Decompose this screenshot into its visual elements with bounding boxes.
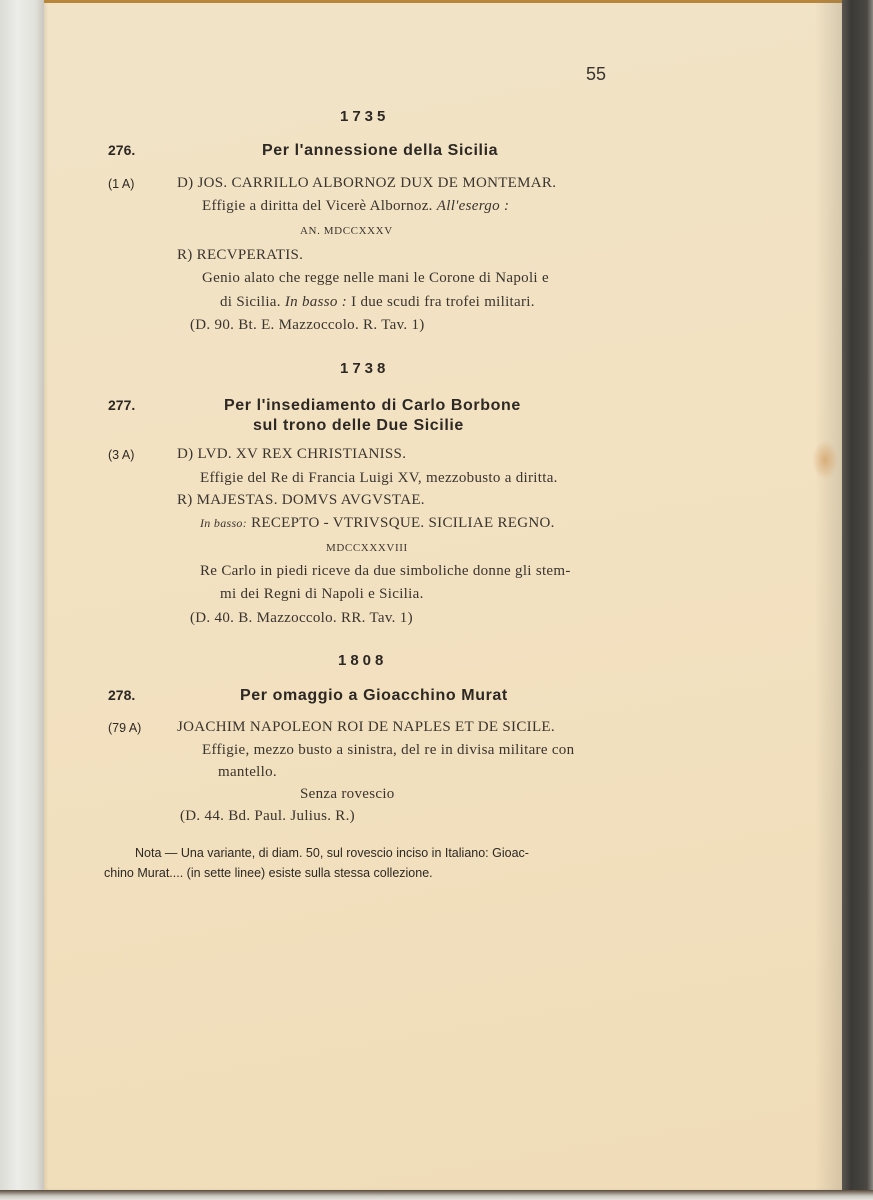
entry-number: 276. — [108, 142, 135, 158]
entry-title: Per l'annessione della Sicilia — [262, 142, 498, 160]
entry-year: 1808 — [338, 652, 387, 669]
reverse-legend: R) RECVPERATIS. — [177, 247, 303, 264]
entry-reference: (3 A) — [108, 448, 134, 462]
reverse-inscription-below: In basso: RECEPTO - VTRIVSQUE. SICILIAE … — [200, 515, 555, 532]
reverse-description: Re Carlo in piedi riceve da due simbolic… — [200, 563, 571, 580]
reverse-legend: R) MAJESTAS. DOMVS AVGVSTAE. — [177, 492, 425, 509]
foxing-stain — [812, 440, 838, 480]
entry-number: 278. — [108, 687, 135, 703]
entry-details: (D. 40. B. Mazzoccolo. RR. Tav. 1) — [190, 610, 413, 627]
obverse-description: Effigie del Re di Francia Luigi XV, mezz… — [200, 470, 558, 487]
entry-number: 277. — [108, 397, 135, 413]
reverse-note: Senza rovescio — [300, 786, 395, 803]
obverse-exergue: AN. MDCCXXXV — [300, 225, 393, 237]
obverse-legend: D) JOS. CARRILLO ALBORNOZ DUX DE MONTEMA… — [177, 175, 556, 192]
footnote-line-2: chino Murat.... (in sette linee) esiste … — [104, 866, 433, 880]
reverse-date: MDCCXXXVIII — [326, 542, 408, 554]
obverse-description: Effigie a diritta del Vicerè Albornoz. A… — [202, 198, 509, 215]
page-bottom-shadow — [0, 1190, 873, 1200]
obverse-legend: D) LVD. XV REX CHRISTIANISS. — [177, 446, 406, 463]
reverse-description-cont: mi dei Regni di Napoli e Sicilia. — [220, 586, 424, 603]
page-edge-shading — [815, 0, 845, 1190]
entry-reference: (79 A) — [108, 721, 141, 735]
book-binding — [0, 0, 44, 1200]
footnote-line-1: Nota — Una variante, di diam. 50, sul ro… — [135, 846, 529, 860]
page-top-edge — [44, 0, 842, 3]
book-right-edge — [842, 0, 873, 1200]
obverse-legend: JOACHIM NAPOLEON ROI DE NAPLES ET DE SIC… — [177, 719, 555, 736]
entry-reference: (1 A) — [108, 177, 134, 191]
reverse-description: Genio alato che regge nelle mani le Coro… — [202, 270, 549, 287]
obverse-description: Effigie, mezzo busto a sinistra, del re … — [202, 742, 574, 759]
obverse-description-cont: mantello. — [218, 764, 277, 781]
entry-title: Per l'insediamento di Carlo Borbone — [224, 397, 521, 415]
entry-details: (D. 90. Bt. E. Mazzoccolo. R. Tav. 1) — [190, 317, 425, 334]
entry-details: (D. 44. Bd. Paul. Julius. R.) — [180, 808, 355, 825]
entry-title: Per omaggio a Gioacchino Murat — [240, 687, 508, 705]
entry-year: 1738 — [340, 360, 389, 377]
entry-title-line-2: sul trono delle Due Sicilie — [253, 417, 464, 435]
page-number: 55 — [586, 64, 606, 85]
entry-year: 1735 — [340, 108, 389, 125]
reverse-description-cont: di Sicilia. In basso : I due scudi fra t… — [220, 294, 535, 311]
